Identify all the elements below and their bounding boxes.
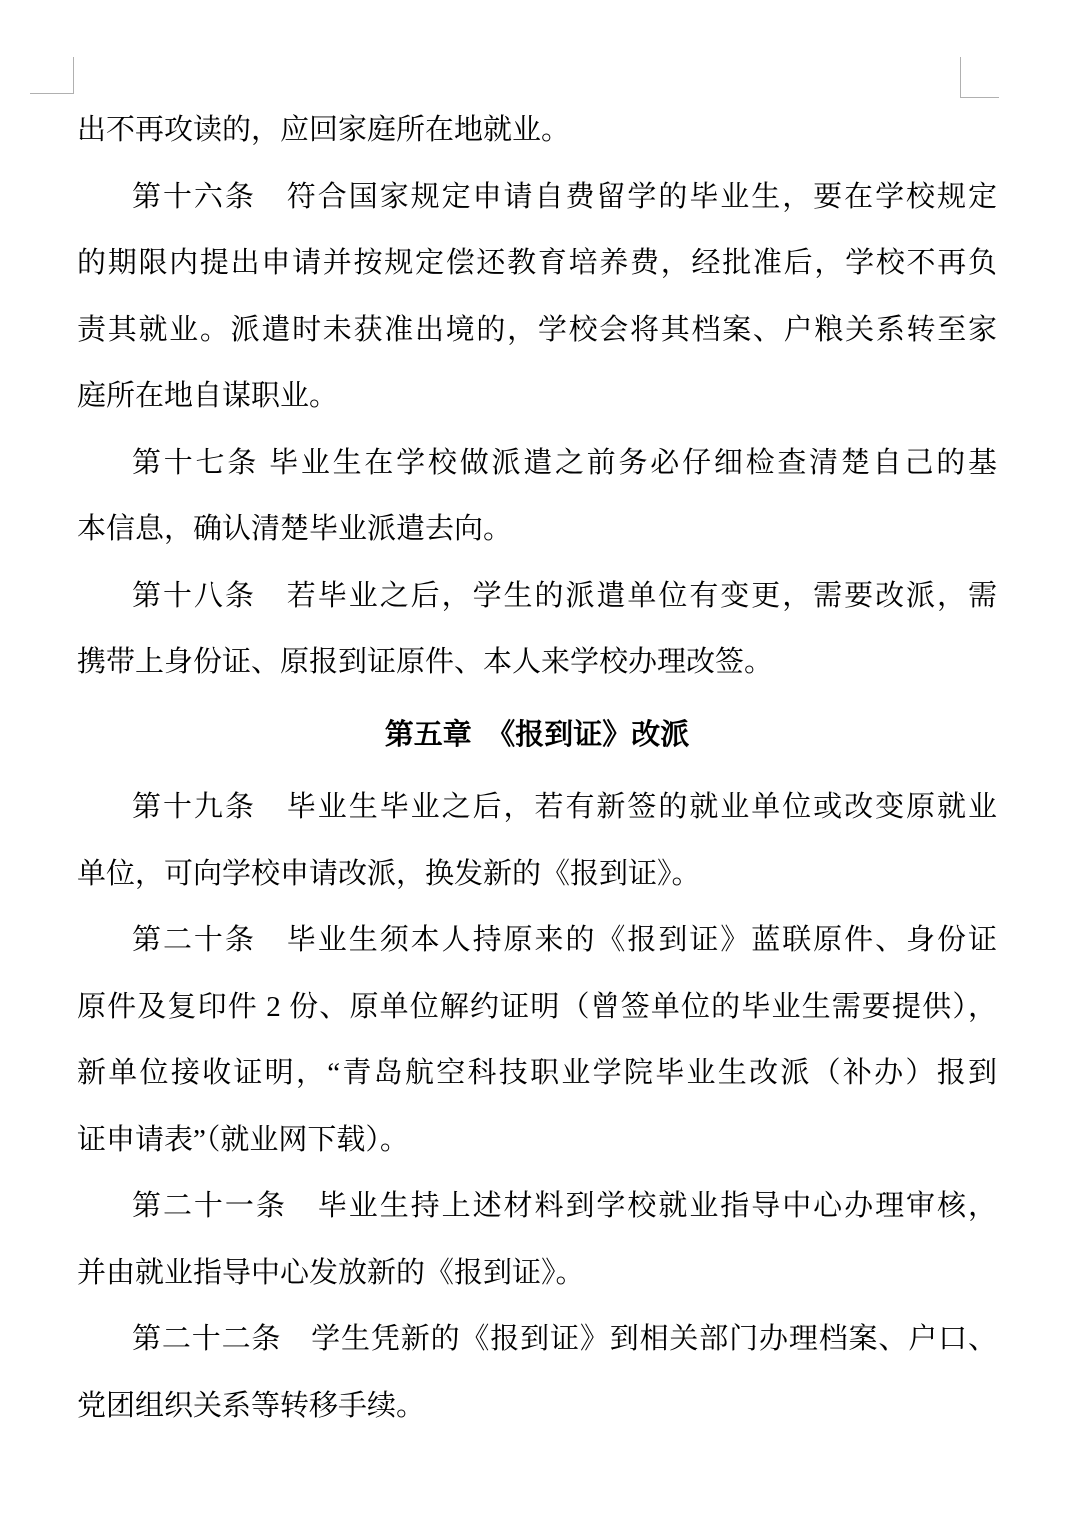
document-page: 出不再攻读的，应回家庭所在地就业。 第十六条 符合国家规定申请自费留学的毕业生，…: [0, 0, 1069, 1528]
doc-line: 携带上身份证、原报到证原件、本人来学校办理改签。: [77, 629, 997, 696]
doc-line: 新单位接收证明，“青岛航空科技职业学院毕业生改派（补办）报到: [77, 1040, 997, 1107]
doc-line: 第十七条 毕业生在学校做派遣之前务必仔细检查清楚自己的基: [77, 430, 997, 497]
doc-line: 原件及复印件 2 份、原单位解约证明（曾签单位的毕业生需要提供），: [77, 974, 997, 1041]
chapter-heading: 第五章 《报到证》改派: [77, 702, 997, 769]
top-left-margin-crop-mark: [30, 57, 74, 94]
doc-line: 责其就业。派遣时未获准出境的，学校会将其档案、户粮关系转至家: [77, 297, 997, 364]
doc-line: 第二十一条 毕业生持上述材料到学校就业指导中心办理审核，: [77, 1173, 997, 1240]
top-right-margin-crop-mark: [960, 57, 999, 98]
document-text-area: 出不再攻读的，应回家庭所在地就业。 第十六条 符合国家规定申请自费留学的毕业生，…: [77, 97, 997, 1439]
doc-line: 党团组织关系等转移手续。: [77, 1373, 997, 1440]
doc-line: 第十六条 符合国家规定申请自费留学的毕业生，要在学校规定: [77, 164, 997, 231]
doc-line: 单位，可向学校申请改派，换发新的《报到证》。: [77, 841, 997, 908]
doc-line: 庭所在地自谋职业。: [77, 363, 997, 430]
doc-line: 并由就业指导中心发放新的《报到证》。: [77, 1240, 997, 1307]
doc-line: 第二十二条 学生凭新的《报到证》到相关部门办理档案、户口、: [77, 1306, 997, 1373]
doc-line: 第二十条 毕业生须本人持原来的《报到证》蓝联原件、身份证: [77, 907, 997, 974]
doc-line: 的期限内提出申请并按规定偿还教育培养费，经批准后，学校不再负: [77, 230, 997, 297]
doc-line: 出不再攻读的，应回家庭所在地就业。: [77, 97, 997, 164]
doc-line: 证申请表”（就业网下载）。: [77, 1107, 997, 1174]
doc-line: 第十八条 若毕业之后，学生的派遣单位有变更，需要改派，需: [77, 563, 997, 630]
doc-line: 本信息，确认清楚毕业派遣去向。: [77, 496, 997, 563]
doc-line: 第十九条 毕业生毕业之后，若有新签的就业单位或改变原就业: [77, 774, 997, 841]
